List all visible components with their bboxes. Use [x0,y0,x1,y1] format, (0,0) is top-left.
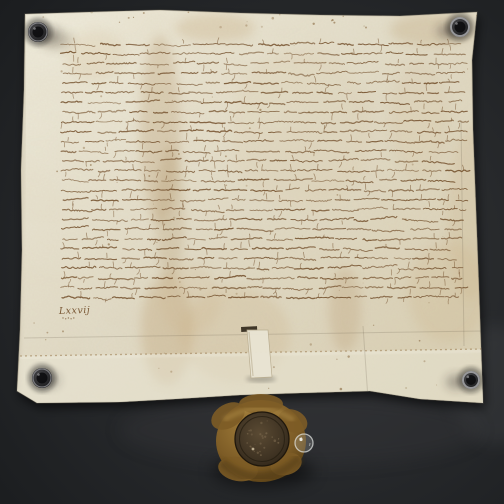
speckle [373,325,374,326]
script-line [294,62,326,63]
speckle [310,343,312,345]
seal-speckle [247,433,249,435]
seal-speckle [278,438,279,439]
seal-speckle [254,444,255,445]
speckle [172,100,173,101]
speckle [119,22,120,23]
speckle [245,24,247,26]
speckle [279,14,280,15]
speckle [42,16,44,18]
speckle [62,330,64,332]
speckle [261,26,263,28]
stain-mark [156,145,184,285]
speckle [331,20,332,21]
speckle [405,387,407,389]
speckle [83,147,85,149]
shelfmark-dot [62,317,63,318]
seal-speckle [265,432,267,434]
ascender-stroke [455,293,456,297]
seal-speckle [264,436,266,438]
speckle [242,101,243,102]
speckle [148,175,150,177]
speckle [179,281,181,283]
seal-speckle [277,442,279,444]
pin-highlight [33,27,36,30]
script-line [428,93,439,94]
speckle [56,171,58,173]
speckle [423,360,425,362]
speckle [264,271,265,272]
seal-speckle [261,435,263,437]
shelfmark-dot [65,318,66,319]
seal-speckle [250,429,252,431]
speckle [164,353,165,354]
stain-mark [65,30,125,80]
speckle [272,17,275,20]
script-line [196,229,212,230]
stain-mark [329,268,361,352]
speckle [302,236,303,237]
speckle [419,340,421,342]
seal-speckle [260,422,262,424]
speckle [178,153,180,155]
speckle [412,164,414,166]
speckle [170,371,172,373]
speckle [33,322,35,324]
ascender-stroke [447,135,448,141]
speckle [45,339,46,340]
shelfmark-annotation: Lxxvij [58,305,91,317]
script-line [348,189,361,190]
seal-speckle [257,452,259,454]
script-line [110,209,124,210]
pin-highlight [37,373,40,376]
seal-speckle [251,433,253,435]
speckle [337,194,339,196]
stain-mark [408,242,488,342]
speckle [247,21,248,22]
seal-speckle [274,439,277,442]
stain-mark [175,14,255,42]
speckle [343,16,344,17]
speckle [61,70,63,72]
speckle [365,27,367,29]
script-line [445,229,461,230]
speckle [294,45,295,46]
speckle [90,164,92,166]
speckle [246,185,248,187]
speckle [428,302,429,303]
speckle [236,293,238,295]
charter-photograph: Photograph of a medieval parchment chart… [0,0,504,504]
seal-glint [252,448,255,451]
speckle [212,96,213,97]
speckle [133,17,134,18]
script-line [424,83,437,84]
seal-speckle [262,437,264,439]
seal-speckle [263,447,265,449]
pin-highlight [455,22,458,25]
seal-speckle [260,443,262,445]
seal-speckle [267,420,268,421]
ascender-stroke [377,165,378,170]
script-line [335,200,350,201]
speckle [128,17,130,19]
speckle [188,11,190,13]
photo-scene: Photograph of a medieval parchment chart… [0,0,504,504]
speckle [442,236,443,237]
bead-glint [299,438,302,441]
glass-bead [295,434,313,452]
speckle [259,109,261,111]
ascender-stroke [436,242,437,248]
speckle [313,23,315,25]
speckle [467,68,468,69]
speckle [47,332,49,334]
speckle [225,184,227,186]
speckle [108,243,110,245]
speckle [336,359,338,361]
speckle [195,269,196,270]
script-line [263,288,280,289]
seal-speckle [259,433,261,435]
pin-highlight [467,376,470,379]
script-line [206,82,219,83]
speckle [436,385,437,386]
shelfmark-dot [70,318,71,319]
speckle [347,355,349,357]
seal-impression-face [235,412,289,466]
seal-speckle [254,451,255,452]
speckle [143,12,145,14]
seal-speckle [246,442,248,444]
speckle [116,182,117,183]
script-line [154,112,168,113]
speckle [156,242,157,243]
speckle [363,283,364,284]
speckle [385,244,387,246]
seal-speckle [248,430,250,432]
speckle [333,22,335,24]
seal-speckle [260,454,262,456]
seal-speckle [271,436,272,437]
speckle [225,155,227,157]
speckle [219,26,222,29]
seal-speckle [249,446,251,448]
speckle [249,127,251,129]
speckle [340,388,343,391]
speckle [100,95,102,97]
speckle [339,290,340,291]
shelfmark-dot [73,317,74,318]
speckle [173,217,175,219]
shelfmark-dot [68,317,69,318]
speckle [268,388,269,389]
speckle [273,366,275,368]
seal-speckle [259,451,261,453]
stain-mark [160,265,220,335]
speckle [153,204,154,205]
speckle [363,25,364,26]
speckle [158,368,159,369]
